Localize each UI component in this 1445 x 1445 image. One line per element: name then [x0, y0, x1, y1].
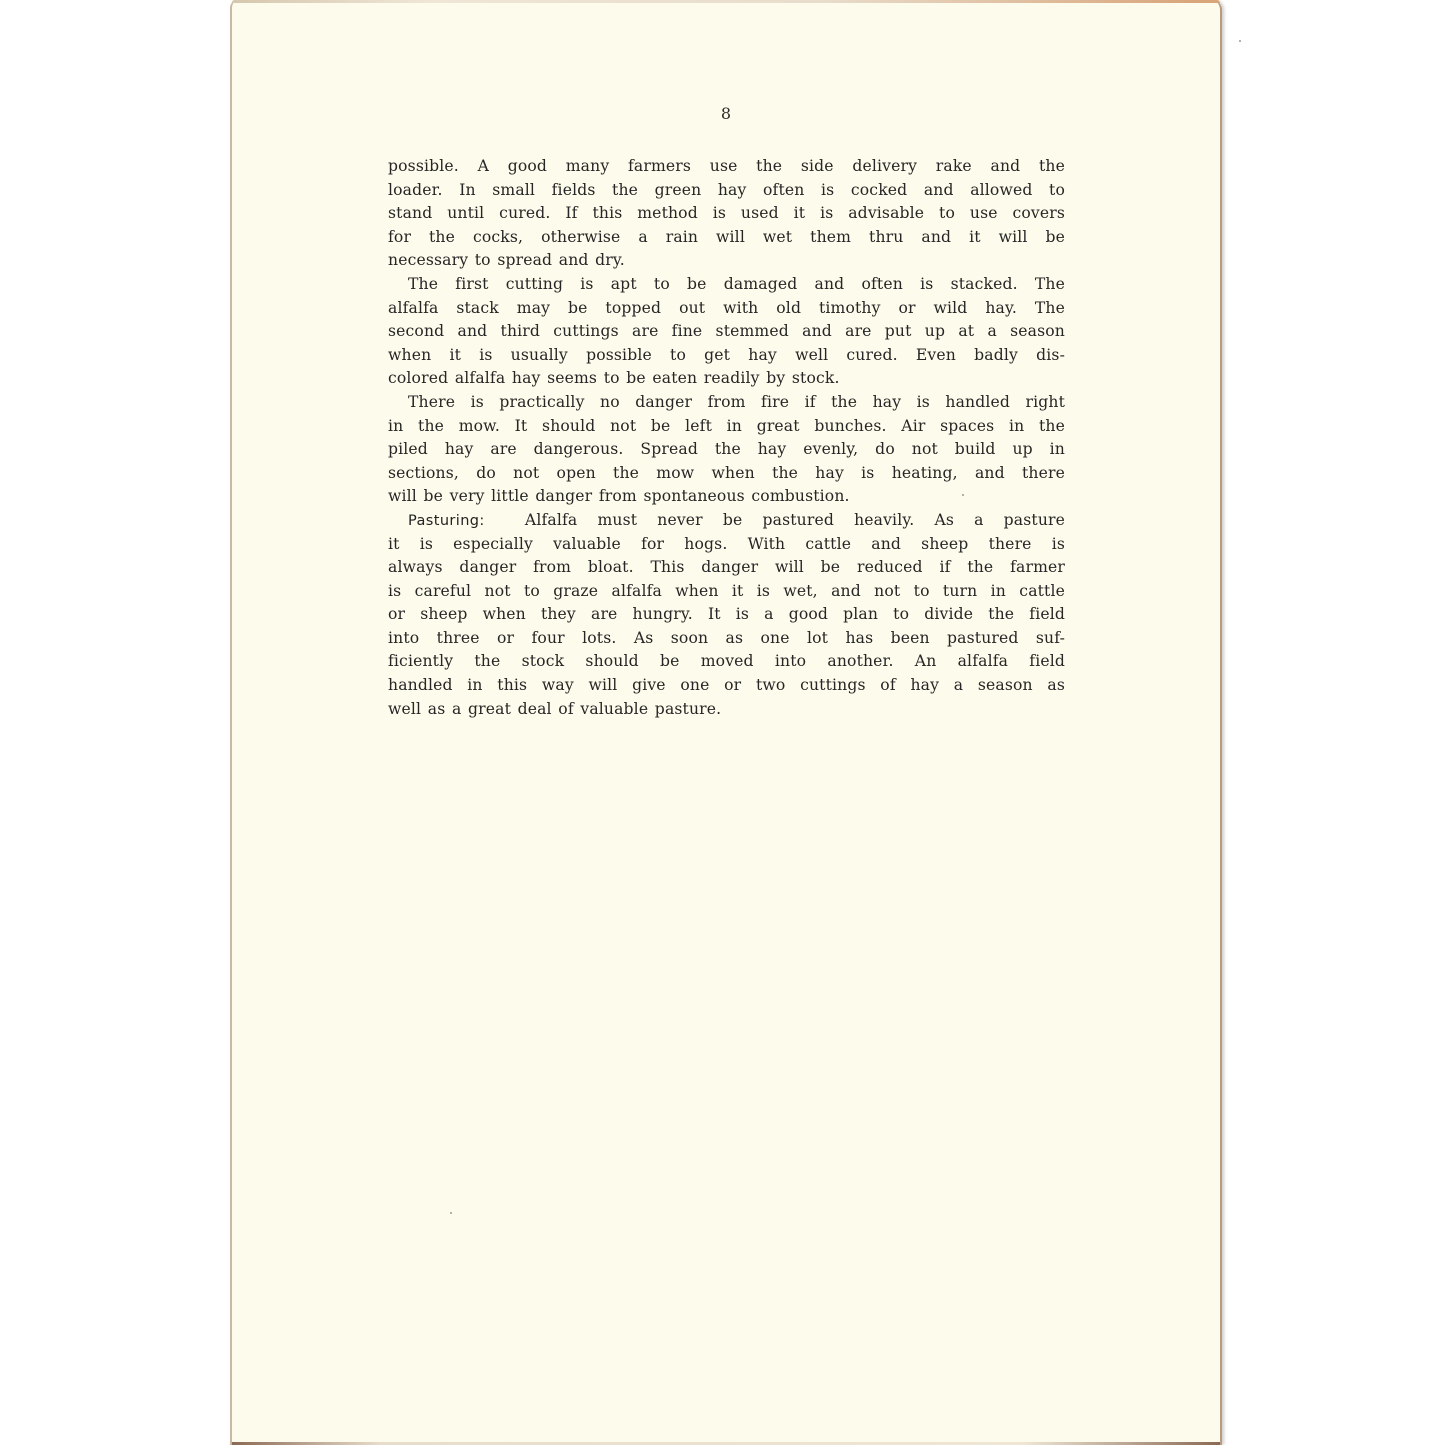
section-heading-pasturing: Pasturing: — [408, 513, 485, 529]
text-line: stand until cured. If this method is use… — [388, 202, 1065, 226]
text-line: There is practically no danger from fire… — [388, 391, 1065, 415]
text-line: necessary to spread and dry. — [388, 249, 1065, 273]
text-fragment: Alfalfa must never be pastured heavily. … — [525, 511, 1065, 529]
text-line: or sheep when they are hungry. It is a g… — [388, 603, 1065, 627]
page-number: 8 — [232, 104, 1220, 123]
text-line: The first cutting is apt to be damaged a… — [388, 273, 1065, 297]
text-line: handled in this way will give one or two… — [388, 674, 1065, 698]
text-line: possible. A good many farmers use the si… — [388, 155, 1065, 179]
paper-speck — [450, 1212, 452, 1214]
body-text: possible. A good many farmers use the si… — [388, 155, 1065, 721]
page-top-edge — [232, 0, 1220, 3]
text-line: piled hay are dangerous. Spread the hay … — [388, 438, 1065, 462]
text-line: into three or four lots. As soon as one … — [388, 627, 1065, 651]
paragraph-first-cutting: The first cutting is apt to be damaged a… — [388, 273, 1065, 391]
text-line: always danger from bloat. This danger wi… — [388, 556, 1065, 580]
document-page: 8 possible. A good many farmers use the … — [230, 0, 1222, 1445]
text-line: Pasturing: Alfalfa must never be pasture… — [388, 509, 1065, 533]
text-line: sections, do not open the mow when the h… — [388, 462, 1065, 486]
text-line: well as a great deal of valuable pasture… — [388, 698, 1065, 722]
text-line: in the mow. It should not be left in gre… — [388, 415, 1065, 439]
text-line: will be very little danger from spontane… — [388, 485, 1065, 509]
paragraph-fire-danger: There is practically no danger from fire… — [388, 391, 1065, 509]
paragraph-pasturing: Pasturing: Alfalfa must never be pasture… — [388, 509, 1065, 721]
text-line: for the cocks, otherwise a rain will wet… — [388, 226, 1065, 250]
paragraph-hay-handling: possible. A good many farmers use the si… — [388, 155, 1065, 273]
paper-speck — [962, 494, 964, 496]
text-line: it is especially valuable for hogs. With… — [388, 533, 1065, 557]
text-line: ficiently the stock should be moved into… — [388, 650, 1065, 674]
text-line: colored alfalfa hay seems to be eaten re… — [388, 367, 1065, 391]
paper-speck — [1239, 40, 1241, 42]
text-line: alfalfa stack may be topped out with old… — [388, 297, 1065, 321]
text-line: second and third cuttings are fine stemm… — [388, 320, 1065, 344]
text-line: loader. In small fields the green hay of… — [388, 179, 1065, 203]
text-line: when it is usually possible to get hay w… — [388, 344, 1065, 368]
text-line: is careful not to graze alfalfa when it … — [388, 580, 1065, 604]
